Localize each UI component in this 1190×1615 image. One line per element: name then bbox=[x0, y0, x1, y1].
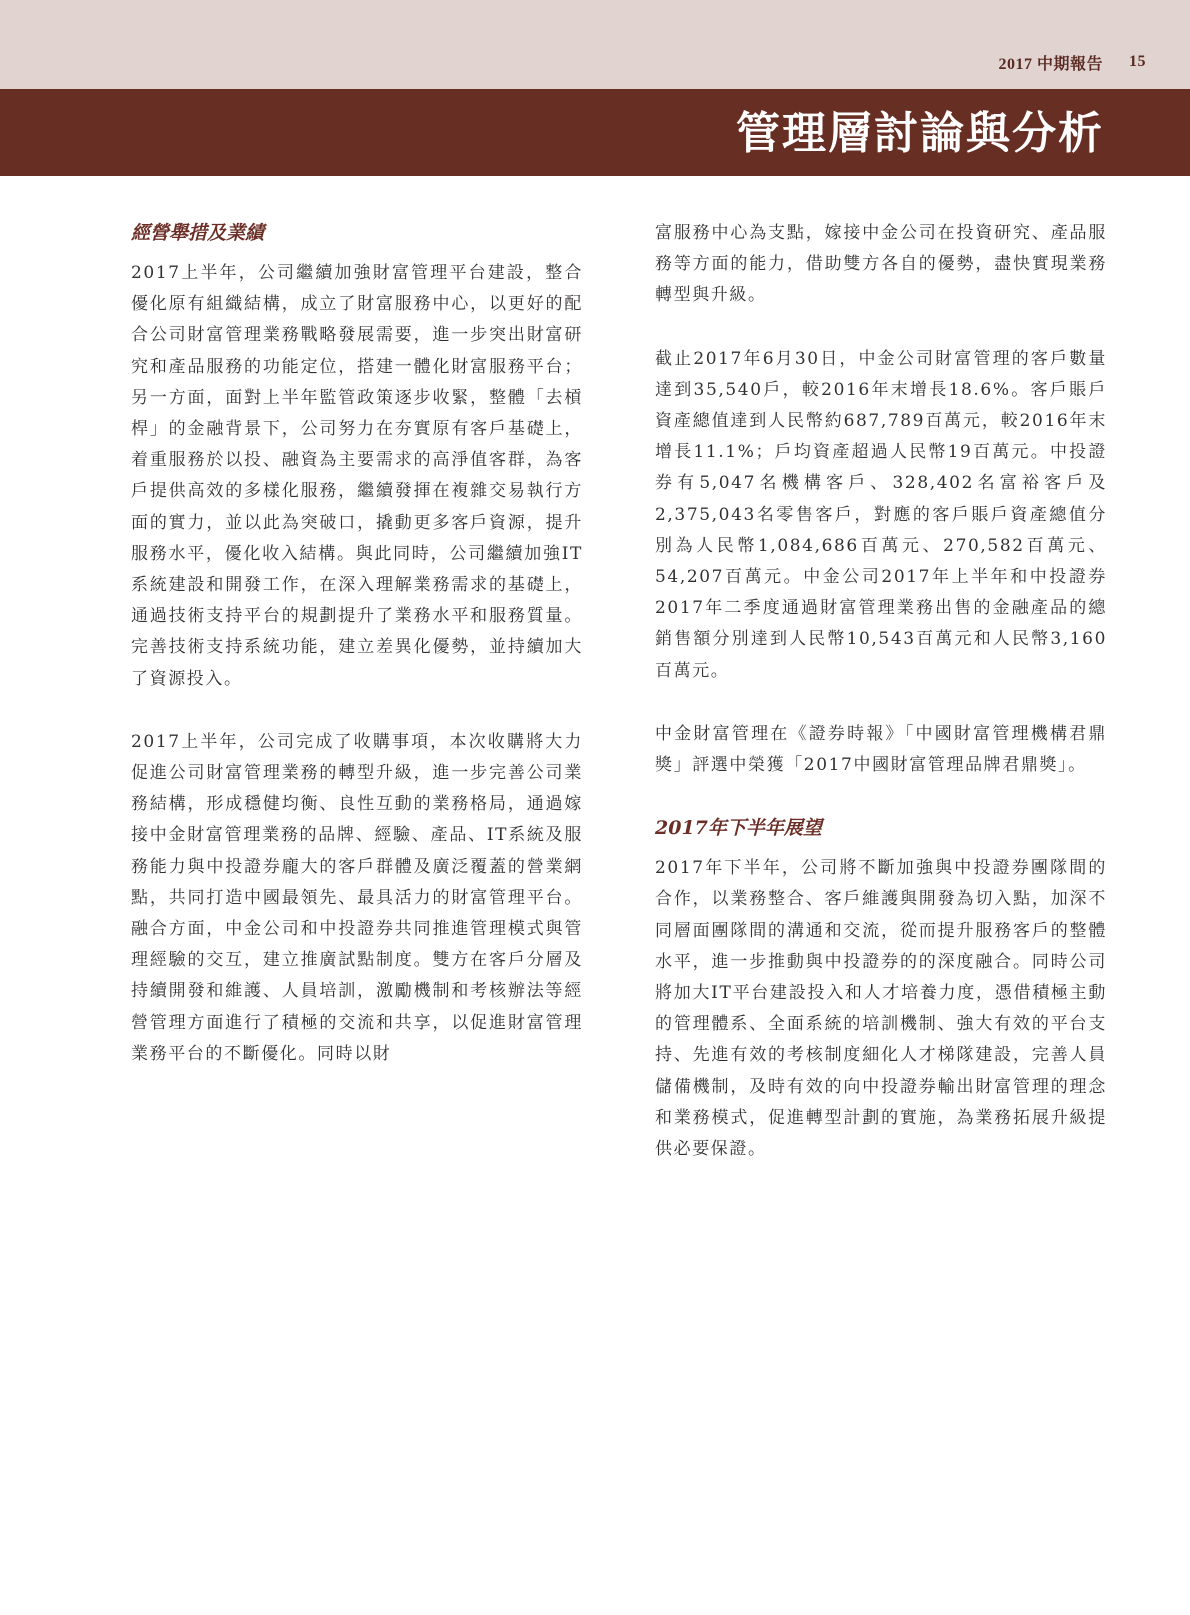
paragraph: 2017年下半年，公司將不斷加強與中投證券團隊間的合作，以業務整合、客戶維護與開… bbox=[655, 853, 1107, 1165]
right-column: 富服務中心為支點，嫁接中金公司在投資研究、產品服務等方面的能力，借助雙方各自的優… bbox=[655, 218, 1107, 1197]
paragraph: 2017上半年，公司完成了收購事項，本次收購將大力促進公司財富管理業務的轉型升級… bbox=[131, 727, 583, 1070]
paragraph: 中金財富管理在《證券時報》「中國財富管理機構君鼎獎」評選中榮獲「2017中國財富… bbox=[655, 719, 1107, 781]
paragraph: 富服務中心為支點，嫁接中金公司在投資研究、產品服務等方面的能力，借助雙方各自的優… bbox=[655, 218, 1107, 312]
section-heading-outlook: 2017年下半年展望 bbox=[655, 813, 1107, 843]
running-head: 2017 中期報告 15 bbox=[998, 50, 1146, 74]
paragraph: 2017上半年，公司繼續加強財富管理平台建設，整合優化原有組織結構，成立了財富服… bbox=[131, 258, 583, 695]
paragraph: 截止2017年6月30日，中金公司財富管理的客戶數量達到35,540戶，較201… bbox=[655, 344, 1107, 687]
left-column: 經營舉措及業績 2017上半年，公司繼續加強財富管理平台建設，整合優化原有組織結… bbox=[131, 218, 583, 1102]
report-title: 2017 中期報告 bbox=[998, 51, 1103, 74]
page-number: 15 bbox=[1129, 53, 1146, 71]
header-band bbox=[0, 0, 1190, 89]
section-heading-operations: 經營舉措及業績 bbox=[131, 218, 583, 248]
page-title: 管理層討論與分析 bbox=[736, 108, 1104, 160]
